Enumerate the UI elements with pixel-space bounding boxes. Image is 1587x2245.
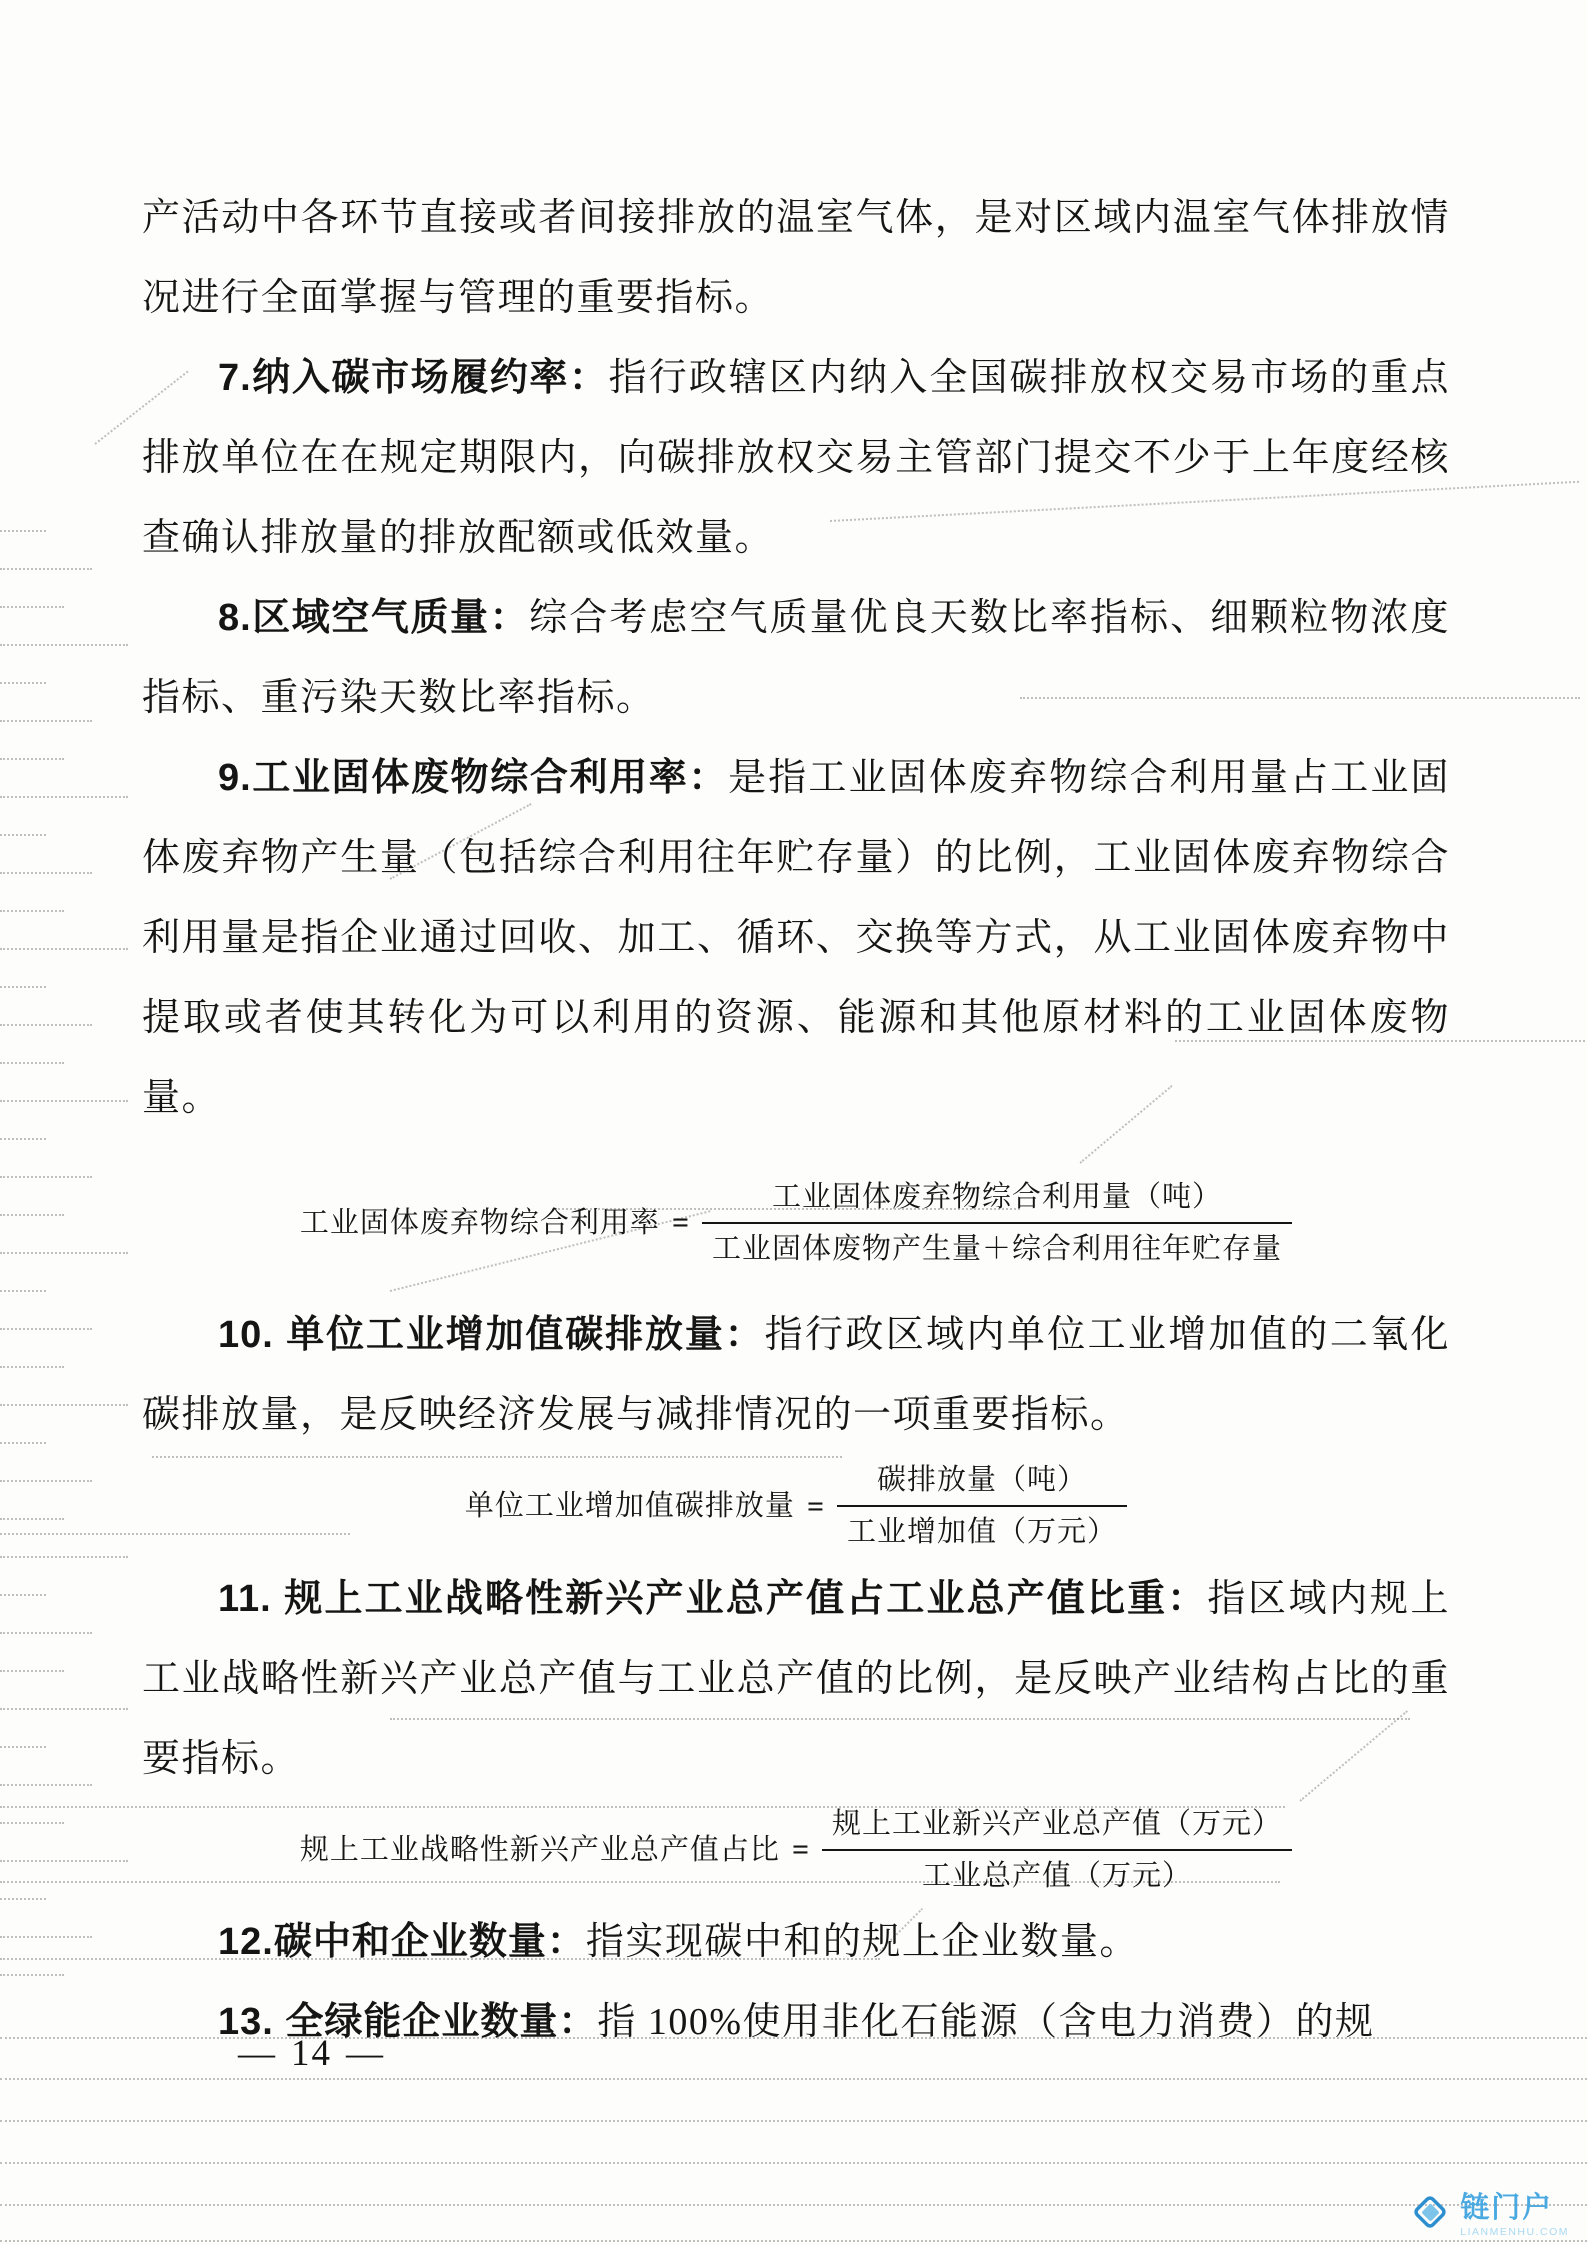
- scan-artifact-line: [0, 1404, 128, 1406]
- item-8-paragraph: 8.区域空气质量：综合考虑空气质量优良天数比率指标、细颗粒物浓度指标、重污染天数…: [142, 578, 1450, 738]
- equals-sign: =: [672, 1203, 690, 1244]
- scan-artifact-line: [0, 606, 64, 608]
- equals-sign: =: [792, 1830, 810, 1871]
- scan-artifact-line: [0, 872, 92, 874]
- item-9-text: 是指工业固体废弃物综合利用量占工业固体废弃物产生量（包括综合利用往年贮存量）的比…: [142, 757, 1450, 1119]
- fraction-numerator: 工业固体废弃物综合利用量（吨）: [702, 1178, 1292, 1222]
- page-number-dash-left: —: [238, 2032, 277, 2075]
- scan-artifact-line: [0, 1594, 46, 1596]
- scan-artifact-line: [0, 1670, 64, 1672]
- scan-artifact-line: [0, 1252, 128, 1254]
- scan-artifact-line: [0, 1974, 64, 1976]
- item-8-title: 8.区域空气质量：: [218, 597, 529, 639]
- scan-artifact-line: [0, 1214, 64, 1216]
- formula-emerging-industry-output-share: 规上工业战略性新兴产业总产值占比 = 规上工业新兴产业总产值（万元） 工业总产值…: [142, 1805, 1450, 1896]
- watermark-text: 链门户 LIANMENHU.COM: [1460, 2194, 1569, 2238]
- lianmenhu-logo-icon: [1410, 2192, 1452, 2239]
- scan-artifact-line: [0, 1708, 128, 1710]
- formula-solid-waste-utilization-rate: 工业固体废弃物综合利用率 = 工业固体废弃物综合利用量（吨） 工业固体废物产生量…: [142, 1178, 1450, 1269]
- formula-lhs: 单位工业增加值碳排放量: [465, 1487, 795, 1526]
- scan-artifact-line: [0, 1024, 92, 1026]
- item-12-title: 12.碳中和企业数量：: [218, 1921, 586, 1963]
- scan-artifact-line: [0, 2204, 1587, 2206]
- scan-artifact-line: [0, 1138, 46, 1140]
- scan-artifact-line: [0, 2120, 1587, 2122]
- scan-artifact-line: [0, 530, 46, 532]
- scan-artifact-line: [0, 2162, 1587, 2164]
- scan-artifact-line: [0, 1062, 64, 1064]
- watermark-brand: 链门户: [1460, 2194, 1569, 2223]
- paragraph-continuation-text: 产活动中各环节直接或者间接排放的温室气体，是对区域内温室气体排放情况进行全面掌握…: [142, 197, 1450, 319]
- scan-artifact-line: [0, 644, 128, 646]
- fraction-denominator: 工业增加值（万元）: [837, 1505, 1127, 1552]
- item-12-text: 指实现碳中和的规上企业数量。: [586, 1921, 1139, 1963]
- scan-artifact-line: [0, 910, 64, 912]
- scan-artifact-line: [0, 720, 92, 722]
- page-number-dash-right: —: [346, 2032, 385, 2075]
- scan-artifact-line: [0, 1442, 46, 1444]
- page-body-text: 产活动中各环节直接或者间接排放的温室气体，是对区域内温室气体排放情况进行全面掌握…: [142, 178, 1450, 2062]
- formula-carbon-per-industrial-added-value: 单位工业增加值碳排放量 = 碳排放量（吨） 工业增加值（万元）: [142, 1461, 1450, 1552]
- formula-lhs: 规上工业战略性新兴产业总产值占比: [300, 1831, 780, 1870]
- fraction: 碳排放量（吨） 工业增加值（万元）: [837, 1461, 1127, 1552]
- item-7-paragraph: 7.纳入碳市场履约率：指行政辖区内纳入全国碳排放权交易市场的重点排放单位在在规定…: [142, 338, 1450, 578]
- item-7-title: 7.纳入碳市场履约率：: [218, 357, 609, 399]
- scan-artifact-line: [0, 758, 64, 760]
- scan-artifact-line: [0, 1328, 92, 1330]
- scan-artifact-line: [0, 796, 128, 798]
- item-11-title: 11. 规上工业战略性新兴产业总产值占工业总产值比重：: [218, 1578, 1207, 1620]
- scan-artifact-line: [0, 1518, 64, 1520]
- scan-artifact-line: [0, 568, 92, 570]
- scan-artifact-line: [0, 1100, 128, 1102]
- scan-artifact-line: [0, 1290, 46, 1292]
- item-10-title: 10. 单位工业增加值碳排放量：: [218, 1314, 765, 1356]
- paragraph-continuation: 产活动中各环节直接或者间接排放的温室气体，是对区域内温室气体排放情况进行全面掌握…: [142, 178, 1450, 338]
- scan-artifact-line: [0, 1480, 92, 1482]
- formula-lhs: 工业固体废弃物综合利用率: [300, 1204, 660, 1243]
- fraction: 规上工业新兴产业总产值（万元） 工业总产值（万元）: [822, 1805, 1292, 1896]
- watermark-domain: LIANMENHU.COM: [1460, 2226, 1569, 2238]
- scan-artifact-line: [0, 1898, 46, 1900]
- scan-artifact-line: [0, 986, 46, 988]
- fraction: 工业固体废弃物综合利用量（吨） 工业固体废物产生量＋综合利用往年贮存量: [702, 1178, 1292, 1269]
- equals-sign: =: [807, 1487, 825, 1528]
- item-12-paragraph: 12.碳中和企业数量：指实现碳中和的规上企业数量。: [142, 1902, 1450, 1982]
- scan-artifact-line: [0, 1936, 92, 1938]
- scan-artifact-line: [0, 834, 46, 836]
- item-9-paragraph: 9.工业固体废物综合利用率：是指工业固体废弃物综合利用量占工业固体废弃物产生量（…: [142, 738, 1450, 1138]
- scan-artifact-line: [0, 1784, 92, 1786]
- scan-artifact-line: [0, 1366, 64, 1368]
- item-13-text: 指 100%使用非化石能源（含电力消费）的规: [597, 2001, 1374, 2043]
- scan-artifact-line: [0, 2078, 1587, 2080]
- scan-artifact-line: [0, 682, 46, 684]
- document-page: { "document": { "page_number": "14", "pa…: [0, 0, 1587, 2245]
- scan-artifact-line: [0, 948, 128, 950]
- fraction-denominator: 工业总产值（万元）: [822, 1849, 1292, 1896]
- fraction-numerator: 规上工业新兴产业总产值（万元）: [822, 1805, 1292, 1849]
- scan-artifact-line: [0, 1632, 92, 1634]
- fraction-denominator: 工业固体废物产生量＋综合利用往年贮存量: [702, 1222, 1292, 1269]
- item-11-paragraph: 11. 规上工业战略性新兴产业总产值占工业总产值比重：指区域内规上工业战略性新兴…: [142, 1559, 1450, 1799]
- item-9-title: 9.工业固体废物综合利用率：: [218, 757, 728, 799]
- scan-artifact-line: [0, 1556, 128, 1558]
- scan-artifact-line: [0, 1176, 92, 1178]
- scan-artifact-line: [0, 1822, 64, 1824]
- fraction-numerator: 碳排放量（吨）: [837, 1461, 1127, 1505]
- page-number: — 14 —: [224, 2032, 399, 2075]
- scan-artifact-line: [0, 1746, 46, 1748]
- item-10-paragraph: 10. 单位工业增加值碳排放量：指行政区域内单位工业增加值的二氧化碳排放量，是反…: [142, 1295, 1450, 1455]
- watermark: 链门户 LIANMENHU.COM: [1410, 2192, 1569, 2239]
- scan-artifact-line: [0, 1860, 128, 1862]
- scan-artifact-line: [0, 2240, 1587, 2242]
- page-number-value: 14: [291, 2032, 332, 2075]
